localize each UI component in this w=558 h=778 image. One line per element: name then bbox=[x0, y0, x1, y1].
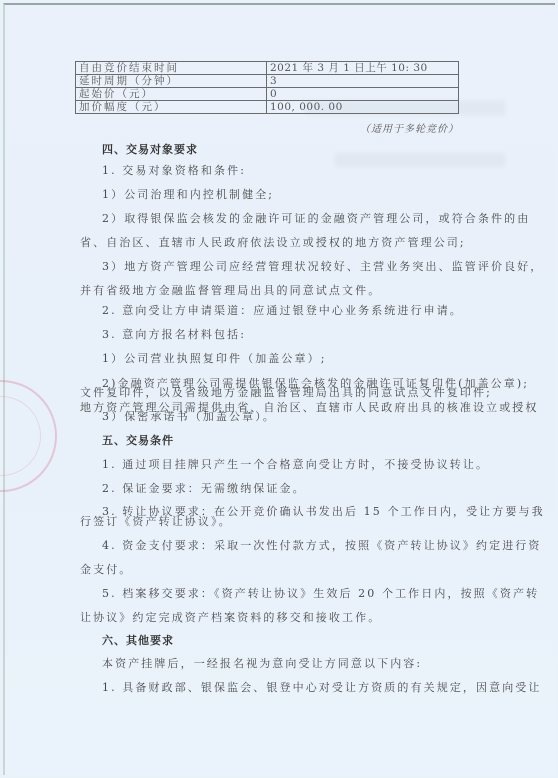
seal-stamp-icon bbox=[0, 380, 57, 492]
table-row: 加价幅度（元） 100, 000. 00 bbox=[76, 101, 459, 114]
table-row: 延时周期（分钟） 3 bbox=[76, 75, 459, 88]
paragraph-line: 文件复印件，以及省级地方金融监督管理局出具的同意试点文件复印件; bbox=[80, 384, 492, 400]
table-label: 起始价（元） bbox=[76, 88, 267, 101]
paragraph-line: 2. 意向受让方申请渠道：应通过银登中心业务系统进行申请。 bbox=[102, 302, 463, 318]
table-value: 0 bbox=[267, 88, 459, 101]
paragraph-line: 4. 资金支付要求：采取一次性付款方式，按照《资产转让协议》约定进行资 bbox=[102, 537, 542, 553]
paragraph-line: 2）取得银保监会核发的金融许可证的金融资产管理公司，或符合条件的由 bbox=[102, 210, 530, 226]
paragraph-line: 2. 保证金要求：无需缴纳保证金。 bbox=[102, 480, 306, 496]
table-value: 3 bbox=[267, 75, 459, 88]
paragraph-line: 3. 意向方报名材料包括: bbox=[102, 326, 246, 342]
paragraph-line: 5. 档案移交要求：《资产转让协议》生效后 20 个工作日内，按照《资产转 bbox=[102, 585, 539, 601]
paragraph-line: 1. 通过项目挂牌只产生一个合格意向受让方时，不接受协议转让。 bbox=[102, 456, 489, 472]
table-note: （适用于多轮竞价） bbox=[360, 120, 459, 135]
paragraph-line: 金支付。 bbox=[80, 561, 132, 577]
paragraph-line: 行签订《资产转让协议》。 bbox=[80, 513, 232, 529]
paragraph-line: 1. 交易对象资格和条件: bbox=[102, 162, 246, 178]
paragraph-line: 1. 具备财政部、银保监会、银登中心对受让方资质的有关规定，因意向受让 bbox=[102, 679, 542, 695]
auction-info-table: 自由竞价结束时间 2021 年 3 月 1 日上午 10: 30 延时周期（分钟… bbox=[75, 61, 459, 114]
table-label: 加价幅度（元） bbox=[76, 101, 267, 114]
paragraph-line: 1）公司治理和内控机制健全; bbox=[102, 186, 274, 202]
table-value: 2021 年 3 月 1 日上午 10: 30 bbox=[267, 62, 459, 75]
paragraph-line: 1）公司营业执照复印件（加盖公章）; bbox=[102, 350, 327, 366]
paragraph-line: 并有省级地方金融监督管理局出具的同意试点文件。 bbox=[80, 282, 381, 298]
paragraph-line: 省、自治区、直辖市人民政府依法设立或授权的地方资产管理公司; bbox=[80, 234, 466, 250]
paragraph-line: 3）保密承诺书（加盖公章）。 bbox=[102, 408, 276, 424]
paragraph-line: 3）地方资产管理公司应经营管理状况较好、主营业务突出、监管评价良好， bbox=[102, 258, 543, 274]
section-heading: 四、交易对象要求 bbox=[102, 141, 198, 157]
section-heading: 六、其他要求 bbox=[102, 632, 174, 648]
table-label: 延时周期（分钟） bbox=[76, 75, 267, 88]
paragraph-line: 让协议》约定完成资产档案资料的移交和接收工作。 bbox=[80, 609, 381, 625]
section-heading: 五、交易条件 bbox=[102, 432, 174, 448]
paragraph-line: 本资产挂牌后，一经报名视为意向受让方同意以下内容: bbox=[102, 655, 422, 671]
table-label: 自由竞价结束时间 bbox=[76, 62, 267, 75]
bleed-through-texture bbox=[335, 153, 505, 167]
table-row: 起始价（元） 0 bbox=[76, 88, 459, 101]
table-row: 自由竞价结束时间 2021 年 3 月 1 日上午 10: 30 bbox=[76, 62, 459, 75]
table-value: 100, 000. 00 bbox=[267, 101, 459, 114]
